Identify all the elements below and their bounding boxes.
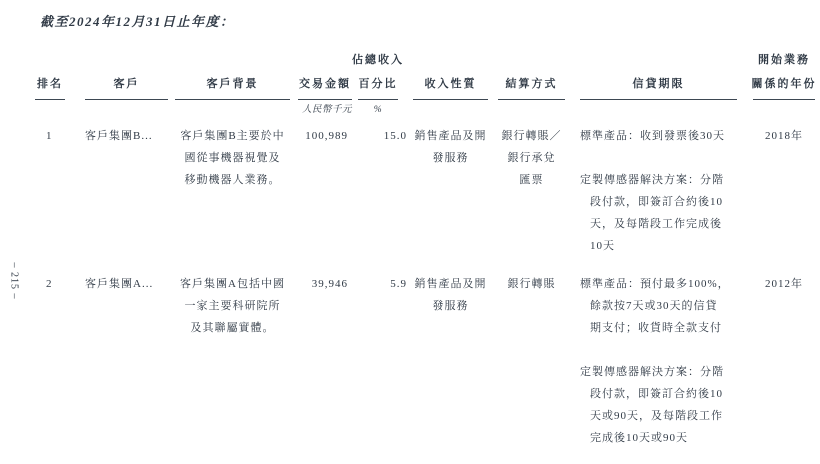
revenue-nature-value: 銷售產品及開發服務 <box>413 273 488 317</box>
percentage-value: 5.9 <box>367 273 407 295</box>
credit-period-value: 標準產品：收到發票後30天 定製傳感器解決方案：分階段付款，即簽訂合約後10天，… <box>580 125 737 257</box>
start-year-value: 2018年 <box>753 125 815 147</box>
header-credit-period: 信貸期限 <box>580 72 737 100</box>
table-row-2: 2 客戶集團A... 客戶集團A包括中國一家主要科研院所及其聯屬實體。 39,9… <box>35 273 815 449</box>
customer-background-value: 客戶集團B主要於中國從事機器視覺及移動機器人業務。 <box>175 125 290 191</box>
credit-period-standard: 標準產品：收到發票後30天 <box>580 125 737 147</box>
header-customer-label: 客戶 <box>114 72 140 96</box>
header-amount-label: 交易金額 <box>299 72 351 96</box>
transaction-amount-value: 100,989 <box>298 125 352 147</box>
customer-value: 客戶集團A... <box>85 273 168 295</box>
transaction-amount-value: 39,946 <box>298 273 352 295</box>
document-page: 截至2024年12月31日止年度： – 215 – 排名 客戶 客戶背景 交易金… <box>0 0 820 464</box>
revenue-nature-value: 銷售產品及開發服務 <box>413 125 488 169</box>
credit-period-standard: 標準產品：預付最多100%，餘款按7天或30天的信貸期支付；收貨時全款支付 <box>580 273 737 339</box>
header-revenue-nature-label: 收入性質 <box>425 72 477 96</box>
header-start-year: 開始業務關係的年份 <box>753 48 815 100</box>
customer-background-value: 客戶集團A包括中國一家主要科研院所及其聯屬實體。 <box>175 273 290 339</box>
header-rank: 排名 <box>35 72 65 100</box>
table-header-row: 排名 客戶 客戶背景 交易金額 佔總收入百分比 收入性質 結算方式 信貸期限 開… <box>35 48 815 100</box>
customers-table: 排名 客戶 客戶背景 交易金額 佔總收入百分比 收入性質 結算方式 信貸期限 開… <box>35 48 815 449</box>
header-revenue-nature: 收入性質 <box>413 72 488 100</box>
header-amount: 交易金額 <box>298 72 352 100</box>
table-row-1: 1 客戶集團B... 客戶集團B主要於中國從事機器視覺及移動機器人業務。 100… <box>35 125 815 257</box>
header-settlement-label: 結算方式 <box>506 72 558 96</box>
table-subheader-row: 人民幣千元 % <box>35 104 815 117</box>
side-page-number: – 215 – <box>9 263 20 300</box>
credit-period-value: 標準產品：預付最多100%，餘款按7天或30天的信貸期支付；收貨時全款支付 定製… <box>580 273 737 449</box>
header-customer: 客戶 <box>85 72 168 100</box>
rank-value: 1 <box>35 125 65 147</box>
credit-period-custom: 定製傳感器解決方案：分階段付款，即簽訂合約後10天或90天，及每階段工作完成後1… <box>580 361 737 449</box>
customer-value: 客戶集團B... <box>85 125 168 147</box>
header-rank-label: 排名 <box>37 72 63 96</box>
header-settlement: 結算方式 <box>498 72 565 100</box>
subheader-percent-sign: % <box>358 104 398 117</box>
settlement-method-value: 銀行轉賬／銀行承兌匯票 <box>498 125 565 191</box>
settlement-method-value: 銀行轉賬 <box>498 273 565 295</box>
credit-period-custom: 定製傳感器解決方案：分階段付款，即簽訂合約後10天，及每階段工作完成後10天 <box>580 169 737 257</box>
percentage-value: 15.0 <box>367 125 407 147</box>
rank-value: 2 <box>35 273 65 295</box>
subheader-amount-unit: 人民幣千元 <box>298 104 352 117</box>
start-year-value: 2012年 <box>753 273 815 295</box>
header-credit-period-label: 信貸期限 <box>633 72 685 96</box>
header-background-label: 客戶背景 <box>207 72 259 96</box>
page-title: 截至2024年12月31日止年度： <box>40 11 235 30</box>
header-percentage: 佔總收入百分比 <box>358 48 398 100</box>
header-background: 客戶背景 <box>175 72 290 100</box>
